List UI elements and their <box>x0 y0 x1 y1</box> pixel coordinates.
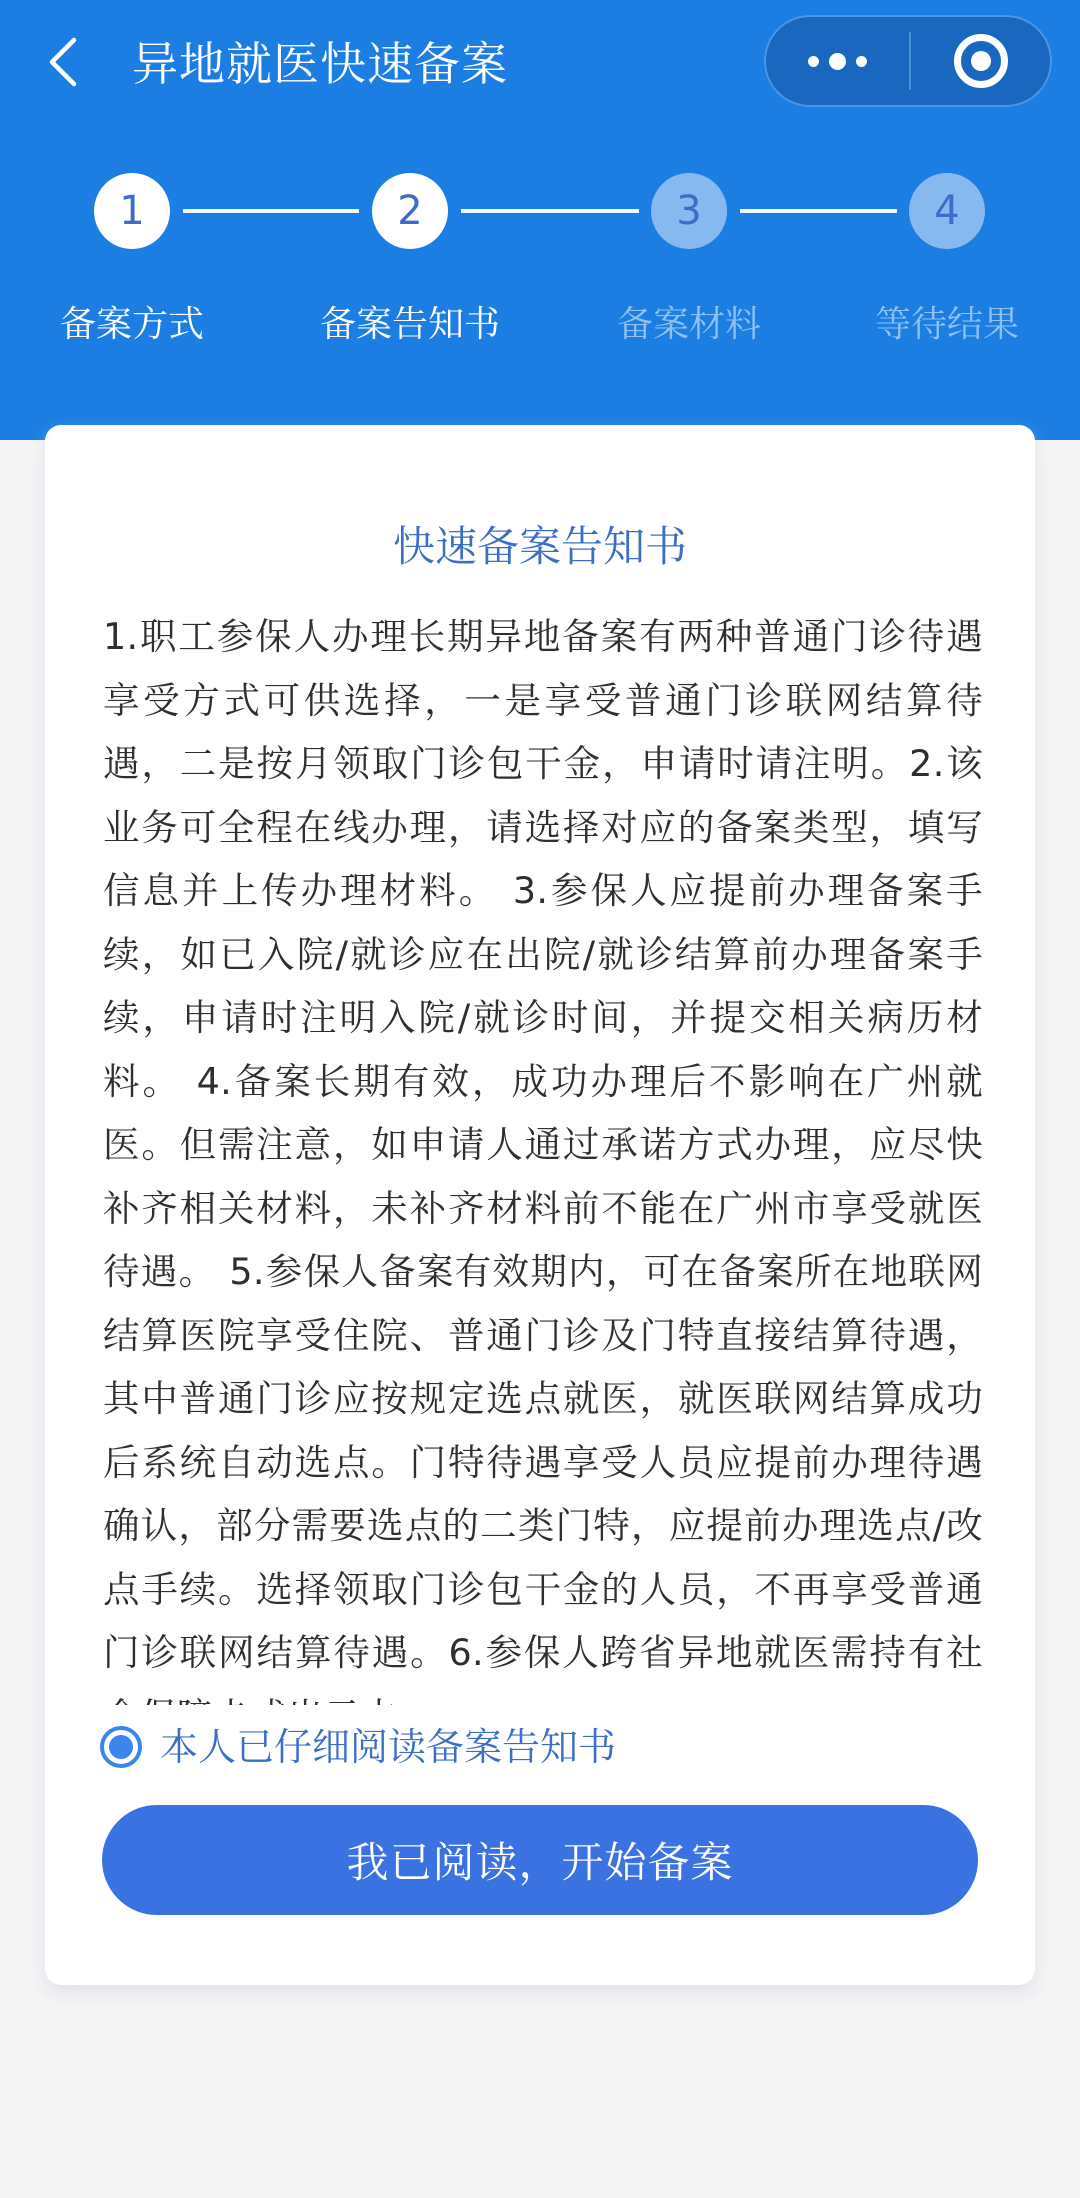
step-connector <box>461 209 639 213</box>
more-dots-icon <box>808 56 819 67</box>
more-dots-icon <box>829 53 846 70</box>
step-4-circle: 4 <box>909 173 985 249</box>
back-button[interactable] <box>40 32 90 92</box>
radio-checked-icon <box>109 1735 133 1759</box>
start-filing-button[interactable]: 我已阅读，开始备案 <box>102 1805 978 1915</box>
page-title: 异地就医快速备案 <box>132 34 508 94</box>
step-4-label: 等待结果 <box>875 302 1019 348</box>
step-2-label: 备案告知书 <box>320 302 500 348</box>
agree-checkbox-row[interactable]: 本人已仔细阅读备案告知书 <box>100 1717 616 1777</box>
step-connector <box>183 209 359 213</box>
agree-label: 本人已仔细阅读备案告知书 <box>160 1722 616 1772</box>
progress-stepper: 1 2 3 4 备案方式 备案告知书 备案材料 等待结果 <box>0 170 1080 360</box>
agree-radio[interactable] <box>100 1726 142 1768</box>
step-1-label: 备案方式 <box>60 302 204 348</box>
notice-title: 快速备案告知书 <box>45 517 1035 577</box>
chevron-left-icon <box>40 32 90 92</box>
target-close-icon <box>954 34 1008 88</box>
close-mini-program-button[interactable] <box>911 17 1050 105</box>
mini-program-capsule <box>764 15 1052 107</box>
step-connector <box>740 209 897 213</box>
more-button[interactable] <box>766 17 909 105</box>
more-dots-icon <box>856 56 867 67</box>
step-2-circle: 2 <box>372 173 448 249</box>
notice-scroll-area[interactable]: 1.职工参保人办理长期异地备案有两种普通门诊待遇享受方式可供选择，一是享受普通门… <box>103 605 983 1705</box>
step-3-label: 备案材料 <box>617 302 761 348</box>
step-3-circle: 3 <box>651 173 727 249</box>
nav-bar: 异地就医快速备案 <box>0 0 1080 130</box>
step-1-circle: 1 <box>94 173 170 249</box>
notice-card: 快速备案告知书 1.职工参保人办理长期异地备案有两种普通门诊待遇享受方式可供选择… <box>45 425 1035 1985</box>
notice-body: 1.职工参保人办理长期异地备案有两种普通门诊待遇享受方式可供选择，一是享受普通门… <box>103 605 983 1705</box>
